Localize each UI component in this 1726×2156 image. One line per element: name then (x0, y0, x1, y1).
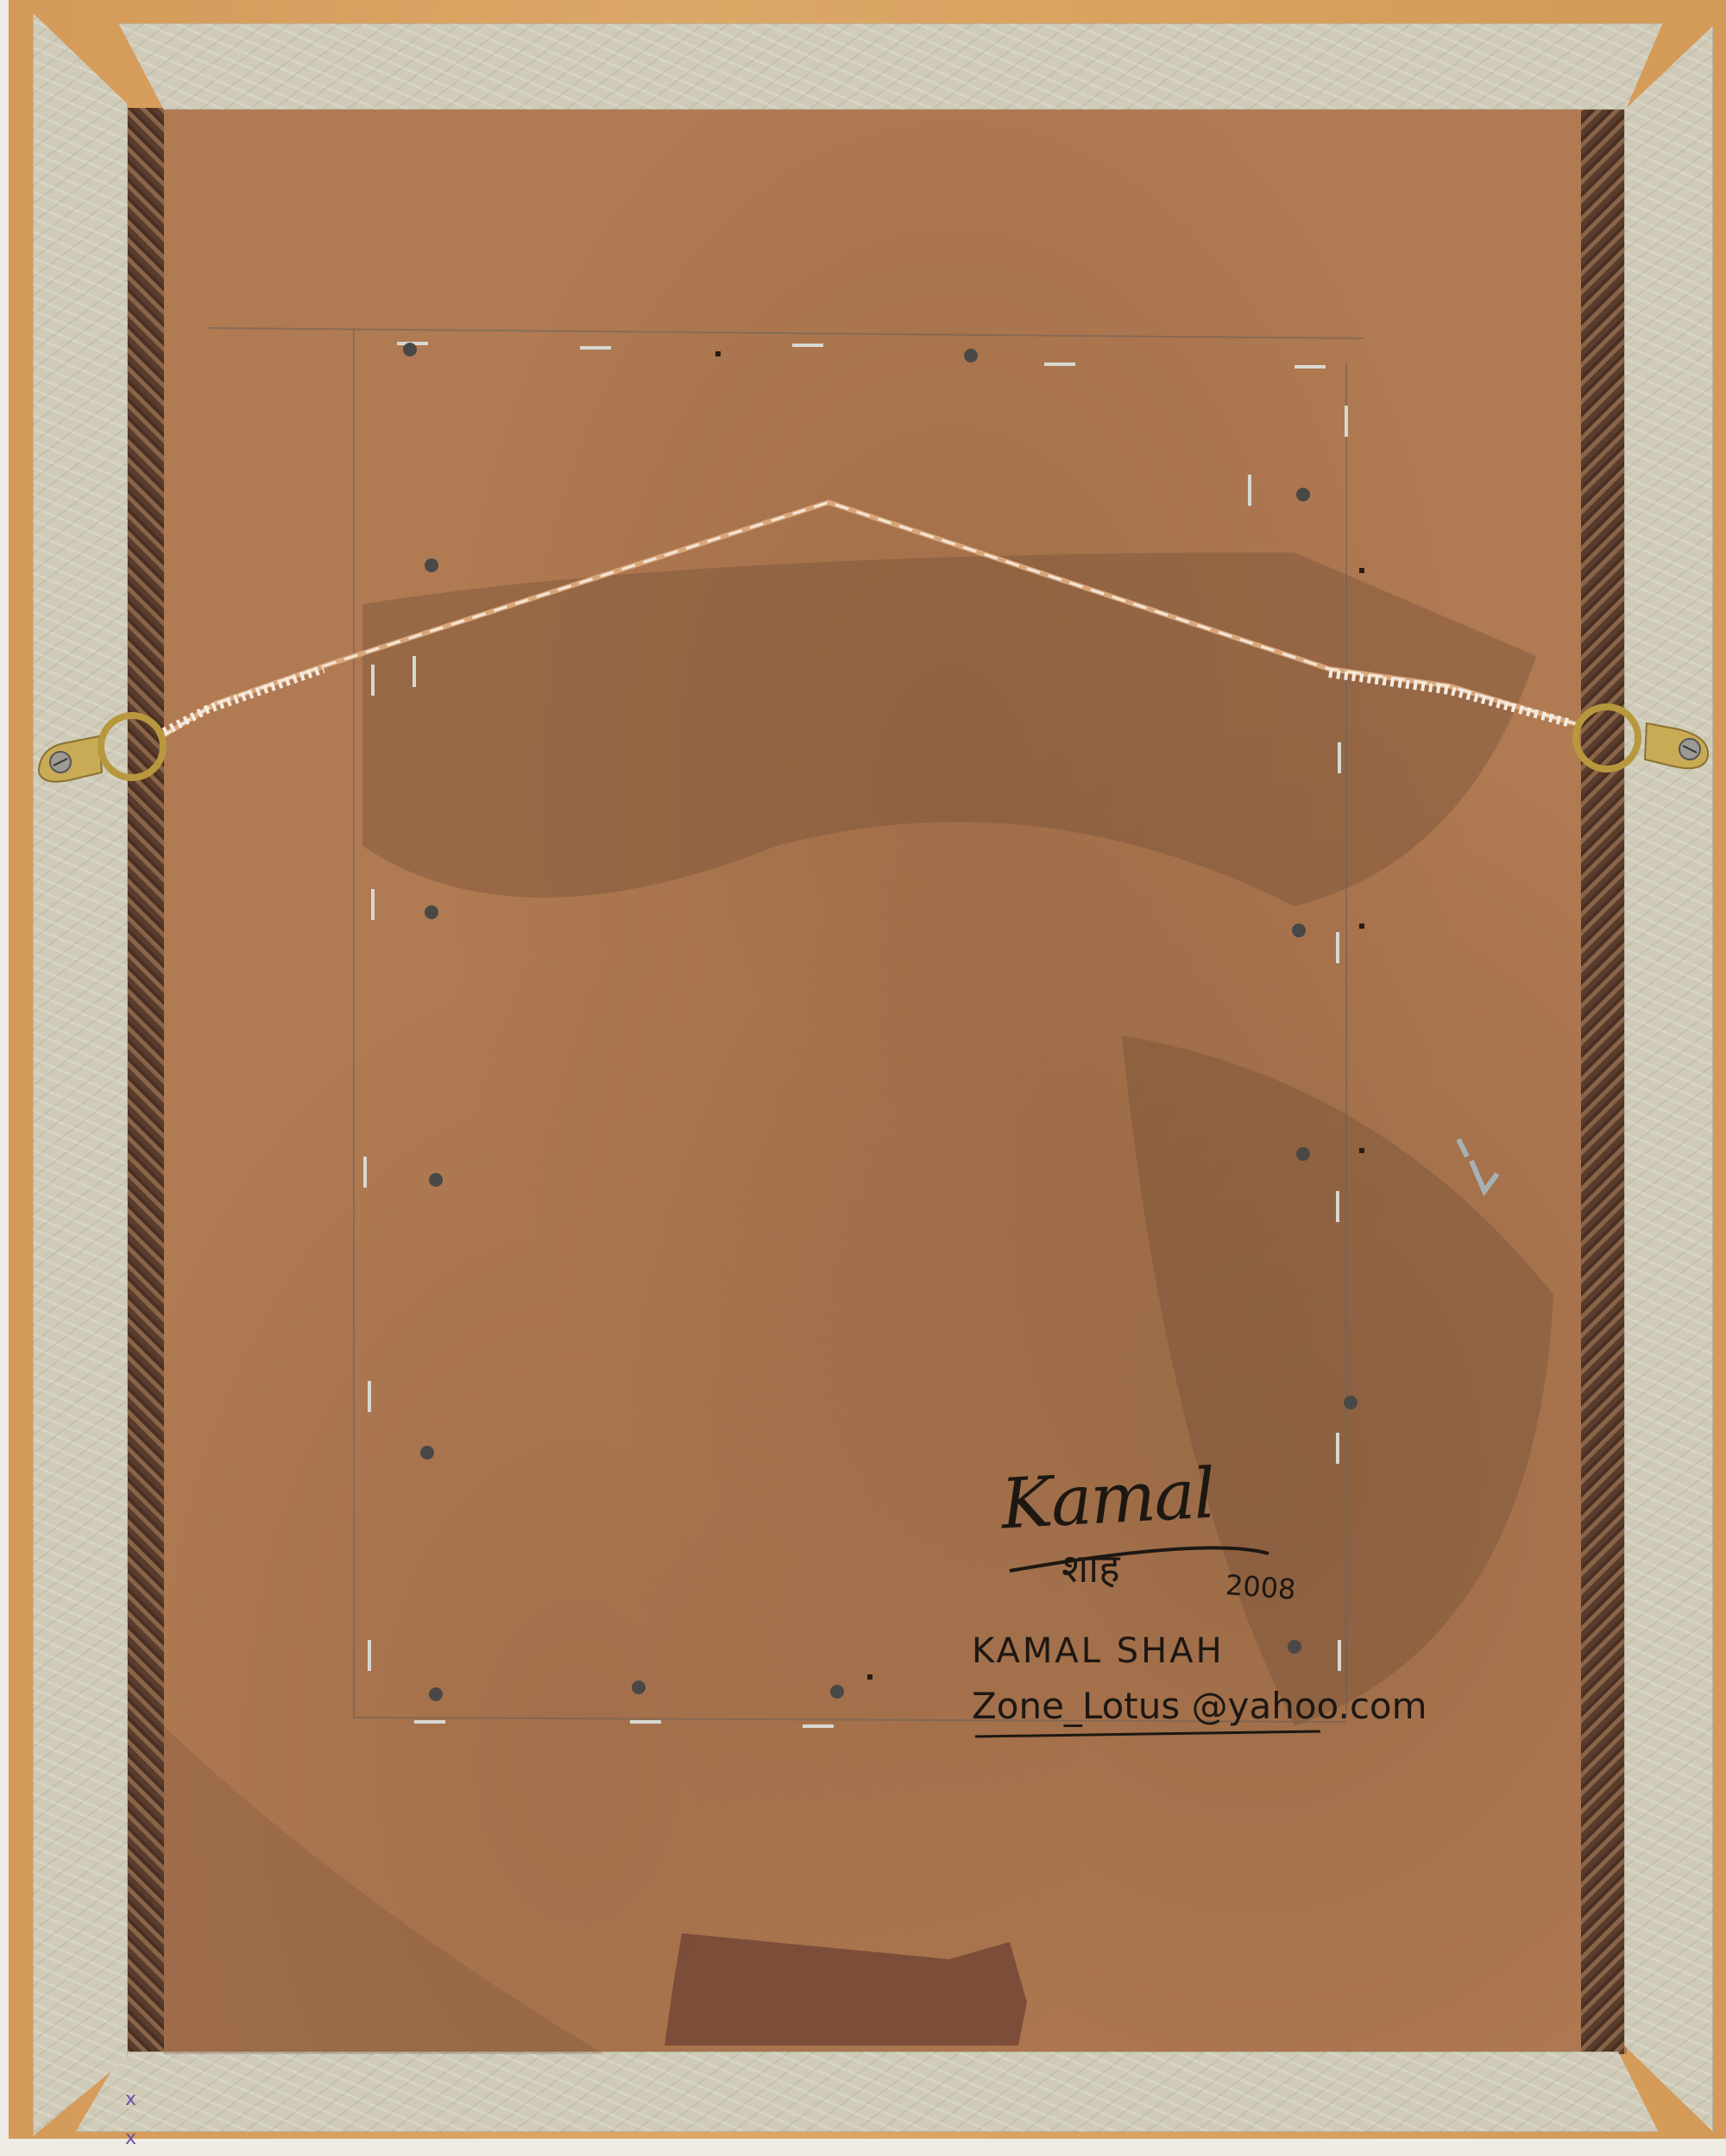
board-details (0, 0, 1726, 2156)
signature-script: Kamal (999, 1453, 1216, 1545)
artist-inscription: Kamal शाह 2008 KAMAL SHAH Zone_Lotus @ya… (967, 1459, 1536, 1752)
purple-x-mark-frame: x (125, 2128, 136, 2149)
framed-artwork-back: Kamal शाह 2008 KAMAL SHAH Zone_Lotus @ya… (0, 0, 1726, 2156)
artist-name: KAMAL SHAH (972, 1631, 1225, 1671)
signature-year: 2008 (1225, 1568, 1297, 1606)
bottom-dark-stain (665, 1933, 1027, 2046)
left-d-ring-hanger (39, 716, 163, 782)
white-scuff (1458, 1139, 1497, 1191)
artist-email: Zone_Lotus @yahoo.com (972, 1685, 1427, 1727)
right-d-ring-hanger (1576, 707, 1708, 769)
purple-x-mark-tape: x (125, 2089, 136, 2110)
water-stains (164, 552, 1553, 2054)
signature-devanagari: शाह (1061, 1541, 1120, 1594)
